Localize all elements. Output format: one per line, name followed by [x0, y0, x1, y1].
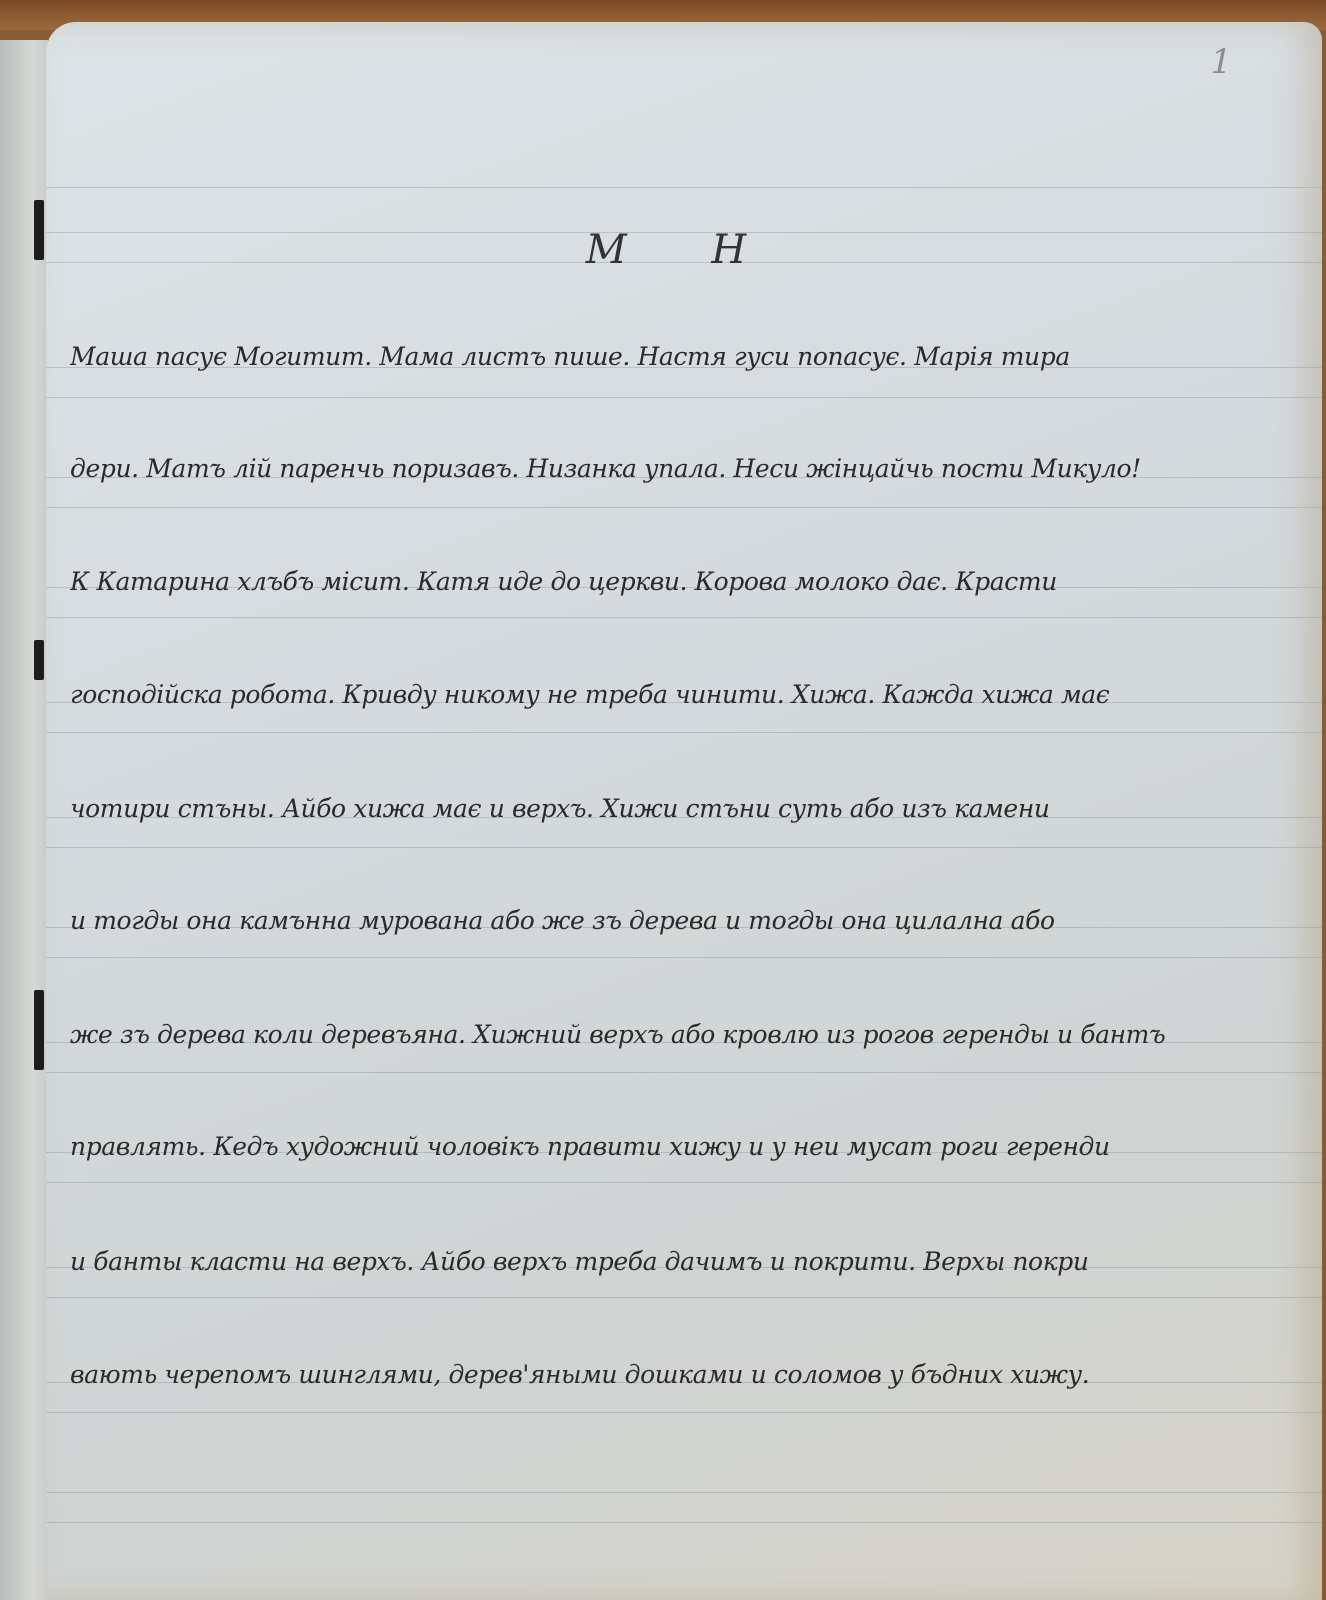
- ruled-line: [46, 1297, 1322, 1298]
- handwritten-line: правлять. Кедъ художний чоловікъ правити…: [70, 1132, 1310, 1161]
- ruled-line: [46, 507, 1322, 508]
- handwritten-line: Маша пасує Могитит. Мама листъ пише. Нас…: [70, 342, 1310, 371]
- handwritten-line: дери. Матъ лій паренчь поризавъ. Низанка…: [70, 454, 1310, 483]
- handwritten-line: и тогды она камънна мурована або же зъ д…: [70, 906, 1310, 935]
- ruled-line: [46, 1072, 1322, 1073]
- letter-heading: М Н: [46, 227, 1322, 273]
- ruled-line: [46, 617, 1322, 618]
- handwritten-line: же зъ дерева коли деревъяна. Хижний верх…: [70, 1020, 1310, 1049]
- previous-page-edge: [0, 40, 50, 1600]
- binding-thread-mark: [34, 990, 44, 1070]
- handwritten-line: и банты класти на верхъ. Айбо верхъ треб…: [70, 1247, 1310, 1276]
- ruled-line: [46, 1492, 1322, 1493]
- handwritten-line: К Катарина хлъбъ місит. Катя иде до церк…: [70, 567, 1310, 596]
- ruled-line: [46, 187, 1322, 188]
- ruled-line: [46, 732, 1322, 733]
- ruled-line: [46, 397, 1322, 398]
- binding-thread-mark: [34, 640, 44, 680]
- handwritten-line: вають черепомъ шинглями, дерев'яными дош…: [70, 1360, 1310, 1389]
- ruled-line: [46, 1412, 1322, 1413]
- ruled-line: [46, 847, 1322, 848]
- page-number: 1: [1210, 42, 1232, 82]
- ruled-line: [46, 1182, 1322, 1183]
- ruled-line: [46, 957, 1322, 958]
- ruled-line: [46, 1522, 1322, 1523]
- handwritten-line: господійска робота. Кривду никому не тре…: [70, 680, 1310, 709]
- notebook-page: 1 М Н Маша пасує Могитит. Мама листъ пиш…: [46, 22, 1322, 1600]
- binding-thread-mark: [34, 200, 44, 260]
- handwritten-line: чотири стъны. Айбо хижа має и верхъ. Хиж…: [70, 794, 1310, 823]
